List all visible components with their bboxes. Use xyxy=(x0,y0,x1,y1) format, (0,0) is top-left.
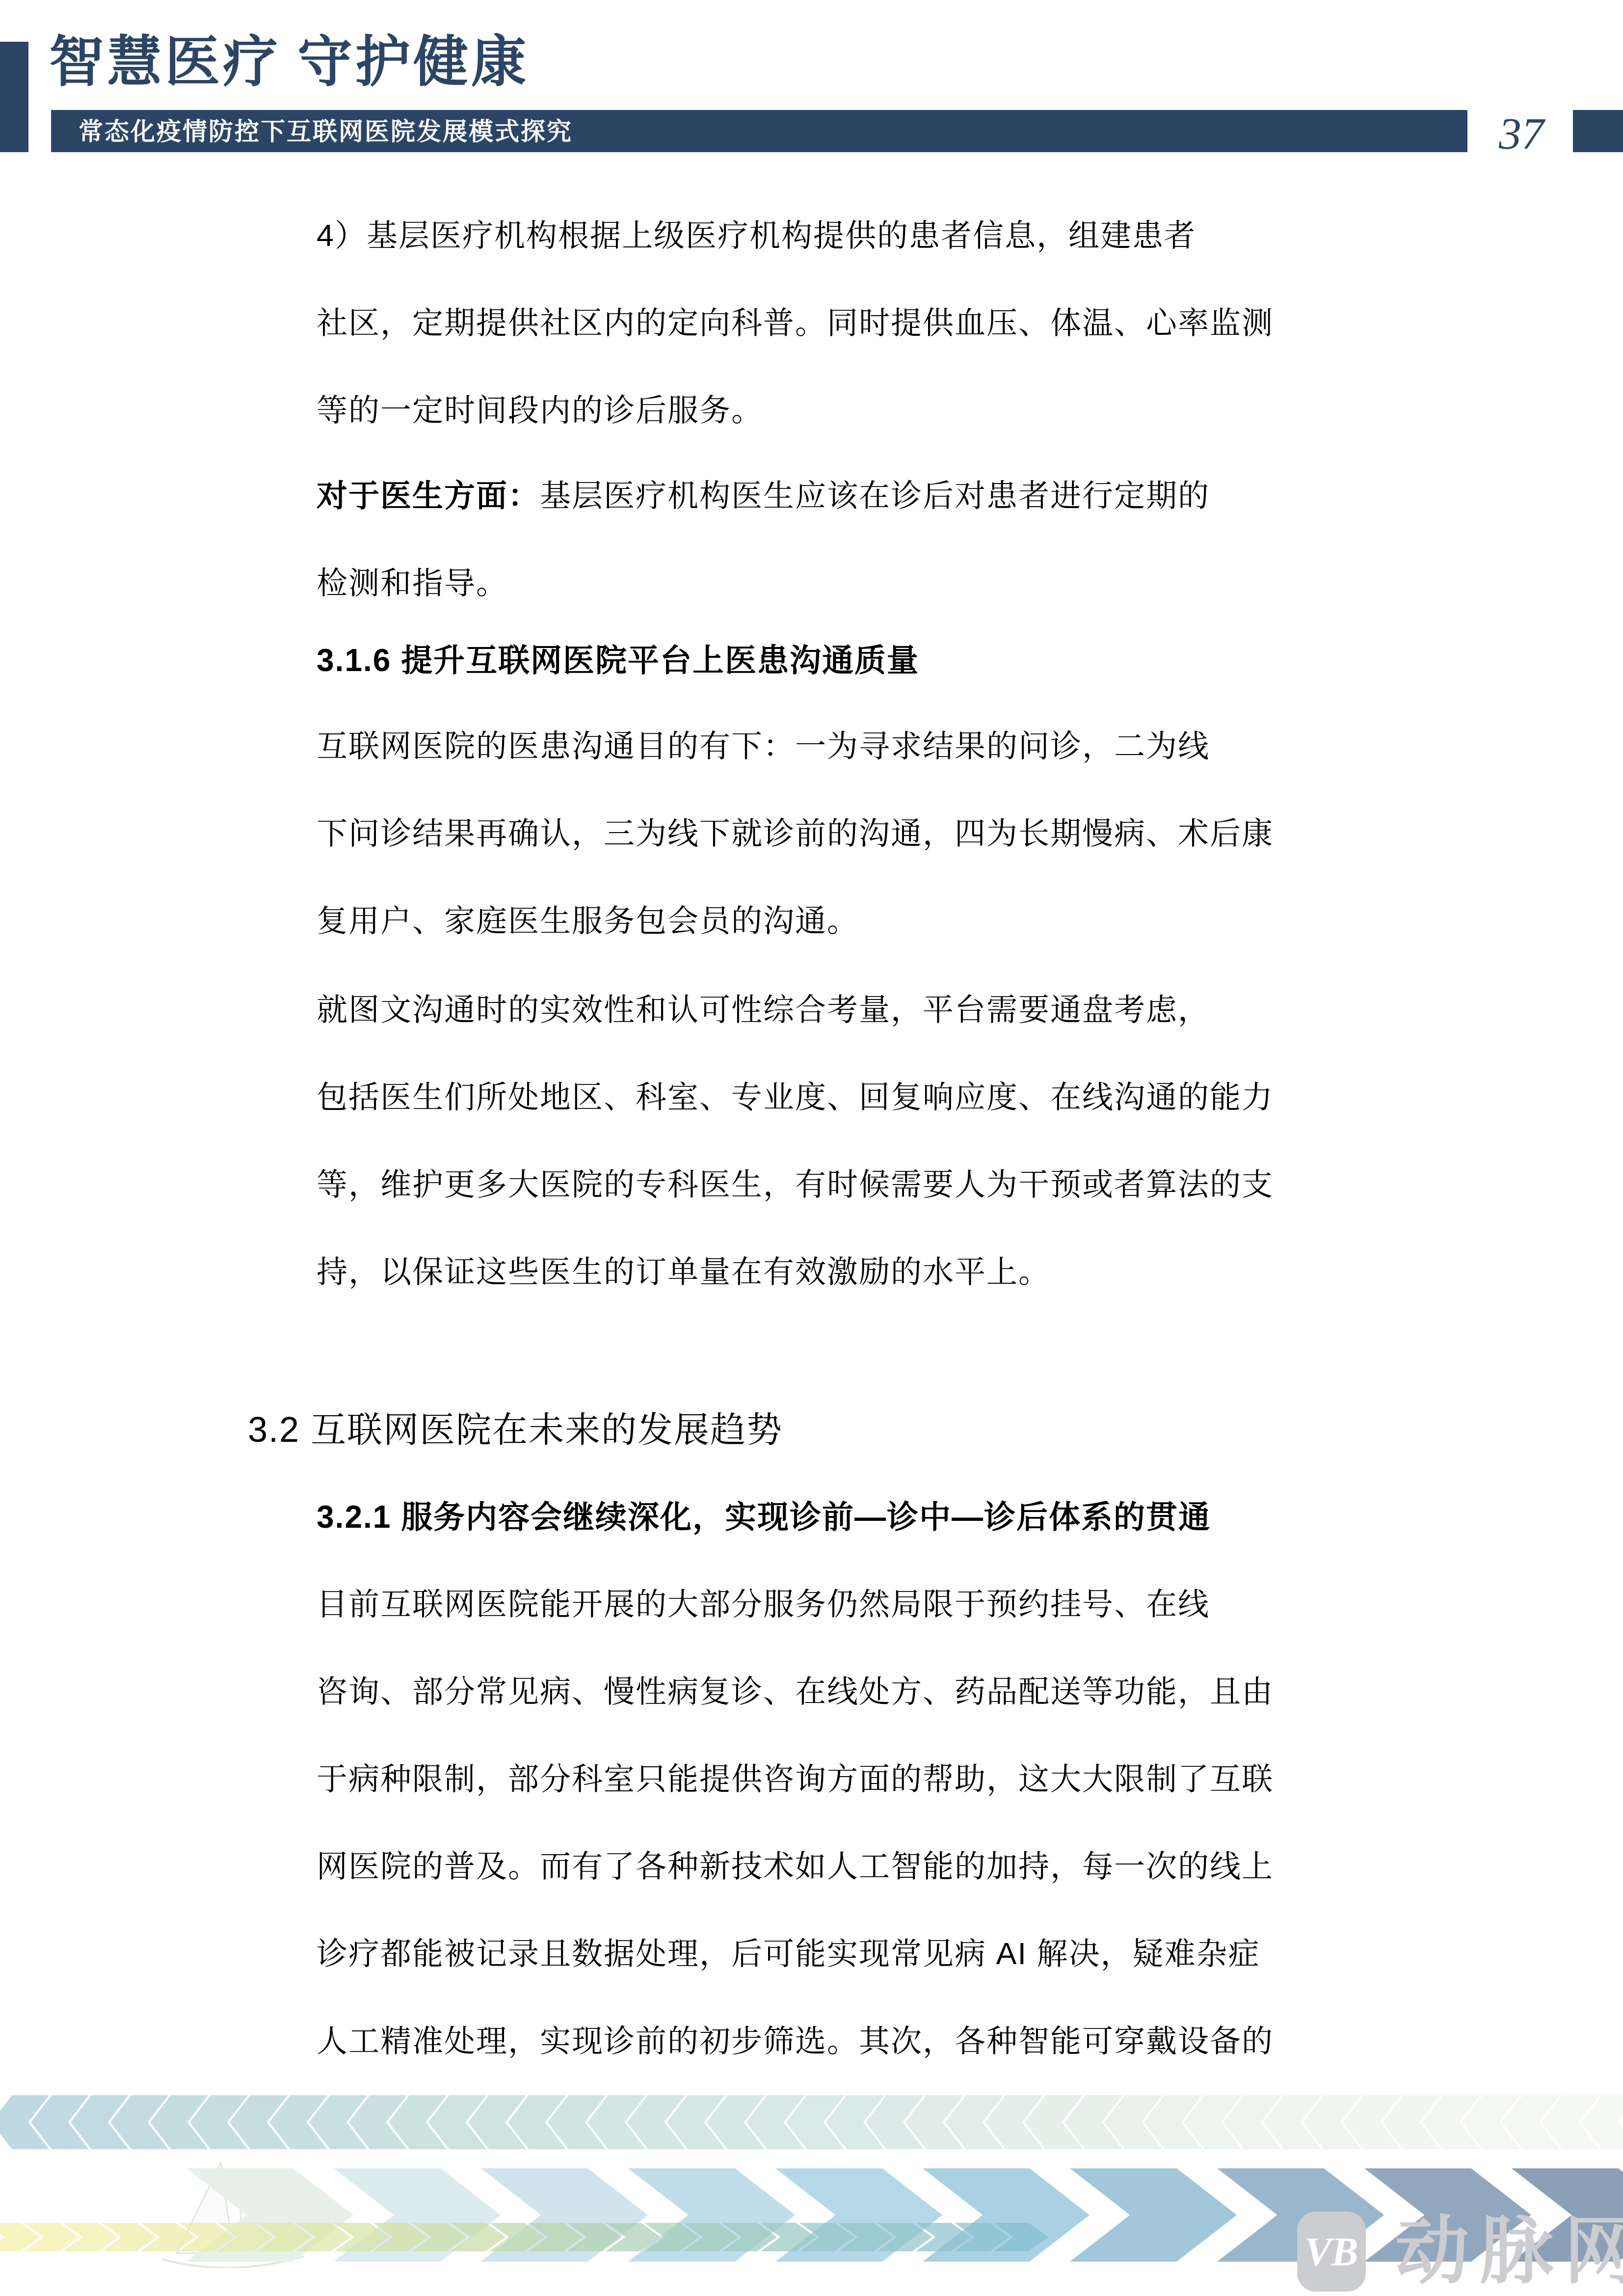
paragraph-line: 等的一定时间段内的诊后服务。 xyxy=(248,367,1377,454)
document-page: 智慧医疗 守护健康 常态化疫情防控下互联网医院发展模式探究 37 4）基层医疗机… xyxy=(0,0,1623,2296)
right-accent-rect xyxy=(1573,110,1623,152)
watermark-logo: VB xyxy=(1297,2212,1366,2292)
paragraph-line: 互联网医院的医患沟通目的有下：一为寻求结果的问诊，二为线 xyxy=(248,702,1377,790)
paragraph-line: 下问诊结果再确认，三为线下就诊前的沟通，四为长期慢病、术后康 xyxy=(248,790,1377,877)
heading-3-1-6: 3.1.6 提升互联网医院平台上医患沟通质量 xyxy=(248,617,1377,704)
paragraph-line: 咨询、部分常见病、慢性病复诊、在线处方、药品配送等功能，且由 xyxy=(248,1648,1377,1735)
paragraph-line: 于病种限制，部分科室只能提供咨询方面的帮助，这大大限制了互联 xyxy=(248,1735,1377,1823)
subtitle-text: 常态化疫情防控下互联网医院发展模式探究 xyxy=(79,110,573,152)
paragraph-2: 对于医生方面：基层医疗机构医生应该在诊后对患者进行定期的 检测和指导。 xyxy=(248,452,1377,627)
footer-decoration: VB 动脉网 xyxy=(0,2081,1623,2296)
paragraph-line: 持，以保证这些医生的订单量在有效激励的水平上。 xyxy=(248,1228,1377,1316)
paragraph-line: 对于医生方面：基层医疗机构医生应该在诊后对患者进行定期的 xyxy=(248,452,1377,540)
left-accent-bar xyxy=(0,42,28,152)
watermark: VB 动脉网 xyxy=(1297,2209,1621,2293)
right-chevron-icon xyxy=(1070,2168,1237,2262)
paragraph-line: 包括医生们所处地区、科室、专业度、回复响应度、在线沟通的能力 xyxy=(248,1053,1377,1141)
paragraph-4: 就图文沟通时的实效性和认可性综合考量，平台需要通盘考虑， 包括医生们所处地区、科… xyxy=(248,966,1377,1316)
paragraph-5: 目前互联网医院能开展的大部分服务仍然局限于预约挂号、在线 咨询、部分常见病、慢性… xyxy=(248,1561,1377,2085)
paragraph-text: 基层医疗机构医生应该在诊后对患者进行定期的 xyxy=(540,479,1210,513)
bold-lead-in: 对于医生方面： xyxy=(317,479,540,513)
paragraph-line: 目前互联网医院能开展的大部分服务仍然局限于预约挂号、在线 xyxy=(248,1561,1377,1648)
page-title: 智慧医疗 守护健康 xyxy=(49,28,1129,102)
paragraph-line: 就图文沟通时的实效性和认可性综合考量，平台需要通盘考虑， xyxy=(248,966,1377,1053)
watermark-text: 动脉网 xyxy=(1395,2209,1623,2293)
paragraph-line: 复用户、家庭医生服务包会员的沟通。 xyxy=(248,877,1377,965)
paragraph-line: 社区，定期提供社区内的定向科普。同时提供血压、体温、心率监测 xyxy=(248,279,1377,367)
paragraph-1: 4）基层医疗机构根据上级医疗机构提供的患者信息，组建患者 社区，定期提供社区内的… xyxy=(248,192,1377,454)
paragraph-line: 诊疗都能被记录且数据处理，后可能实现常见病 AI 解决，疑难杂症 xyxy=(248,1910,1377,1998)
paragraph-line: 网医院的普及。而有了各种新技术如人工智能的加持，每一次的线上 xyxy=(248,1823,1377,1910)
paragraph-3: 互联网医院的医患沟通目的有下：一为寻求结果的问诊，二为线 下问诊结果再确认，三为… xyxy=(248,702,1377,965)
heading-3-2-1: 3.2.1 服务内容会继续深化，实现诊前—诊中—诊后体系的贯通 xyxy=(248,1473,1377,1561)
paragraph-line: 人工精准处理，实现诊前的初步筛选。其次，各种智能可穿戴设备的 xyxy=(248,1998,1377,2085)
subtitle-bar: 常态化疫情防控下互联网医院发展模式探究 xyxy=(51,110,1467,152)
paragraph-line: 等，维护更多大医院的专科医生，有时候需要人为干预或者算法的支 xyxy=(248,1141,1377,1228)
paragraph-line: 检测和指导。 xyxy=(248,540,1377,627)
heading-3-2: 3.2 互联网医院在未来的发展趋势 xyxy=(248,1386,1377,1474)
paragraph-line: 4）基层医疗机构根据上级医疗机构提供的患者信息，组建患者 xyxy=(248,192,1377,279)
page-number: 37 xyxy=(1477,111,1566,153)
